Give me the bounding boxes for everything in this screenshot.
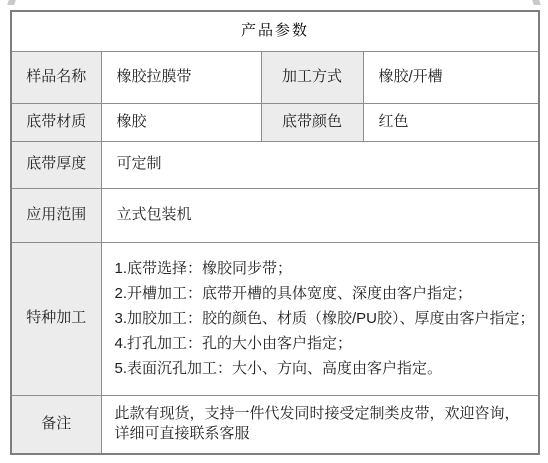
- application-range-value: 立式包装机: [101, 188, 539, 242]
- base-thickness-label: 底带厚度: [11, 141, 101, 188]
- special-processing-label: 特种加工: [11, 242, 101, 395]
- remarks-value: 此款有现货，支持一件代发同时接受定制类皮带，欢迎咨询，详细可直接联系客服: [101, 395, 539, 454]
- photo-crop-artifact-left: [7, 0, 16, 5]
- processing-method-value: 橡胶/开槽: [363, 51, 539, 103]
- table-row: 底带厚度 可定制: [11, 141, 539, 188]
- application-range-label: 应用范围: [11, 188, 101, 242]
- special-processing-line-2: 2.开槽加工：底带开槽的具体宽度、深度由客户指定；: [115, 281, 529, 306]
- special-processing-line-3: 3.加胶加工：胶的颜色、材质（橡胶/PU胶）、厚度由客户指定；: [115, 306, 529, 331]
- base-thickness-value: 可定制: [101, 141, 539, 188]
- product-parameters-page: 产品参数 样品名称 橡胶拉膜带 加工方式 橡胶/开槽 底带材质 橡胶 底带颜色 …: [0, 0, 548, 463]
- sample-name-label: 样品名称: [11, 51, 101, 103]
- base-color-label: 底带颜色: [261, 103, 363, 141]
- table-row: 底带材质 橡胶 底带颜色 红色: [11, 103, 539, 141]
- sample-name-value: 橡胶拉膜带: [101, 51, 261, 103]
- table-header-row: 产品参数: [11, 11, 539, 51]
- base-color-value: 红色: [363, 103, 539, 141]
- processing-method-label: 加工方式: [261, 51, 363, 103]
- photo-crop-artifact-right: [532, 0, 541, 5]
- table-row: 应用范围 立式包装机: [11, 188, 539, 242]
- product-parameters-table: 产品参数 样品名称 橡胶拉膜带 加工方式 橡胶/开槽 底带材质 橡胶 底带颜色 …: [10, 10, 540, 455]
- base-material-value: 橡胶: [101, 103, 261, 141]
- table-row: 样品名称 橡胶拉膜带 加工方式 橡胶/开槽: [11, 51, 539, 103]
- special-processing-line-5: 5.表面沉孔加工：大小、方向、高度由客户指定。: [115, 356, 529, 381]
- special-processing-line-1: 1.底带选择：橡胶同步带；: [115, 256, 529, 281]
- table-row: 特种加工 1.底带选择：橡胶同步带； 2.开槽加工：底带开槽的具体宽度、深度由客…: [11, 242, 539, 395]
- page-title: 产品参数: [11, 11, 539, 51]
- remarks-label: 备注: [11, 395, 101, 454]
- base-material-label: 底带材质: [11, 103, 101, 141]
- special-processing-value: 1.底带选择：橡胶同步带； 2.开槽加工：底带开槽的具体宽度、深度由客户指定； …: [101, 242, 539, 395]
- table-row: 备注 此款有现货，支持一件代发同时接受定制类皮带，欢迎咨询，详细可直接联系客服: [11, 395, 539, 454]
- special-processing-line-4: 4.打孔加工：孔的大小由客户指定；: [115, 331, 529, 356]
